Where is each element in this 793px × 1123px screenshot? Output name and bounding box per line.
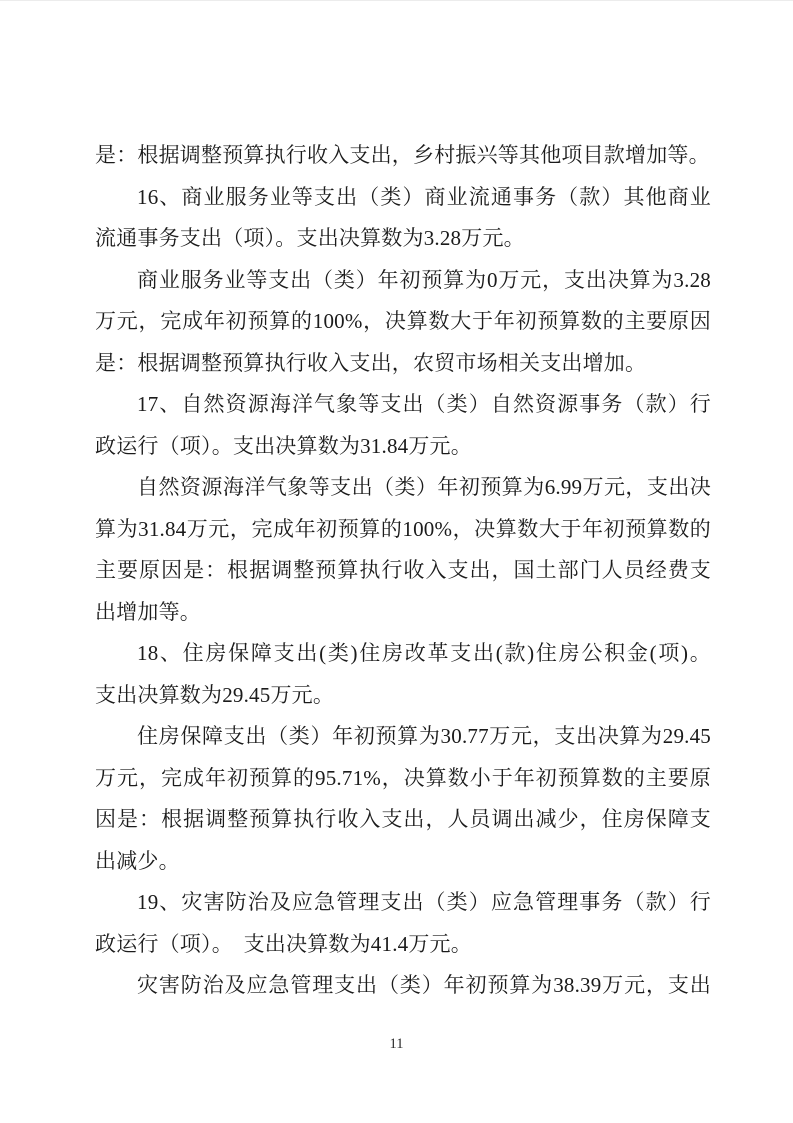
text-line: 商业服务业等支出（类）年初预算为0万元，支出决算为3.28 [95,260,711,302]
text-line: 19、灾害防治及应急管理支出（类）应急管理事务（款）行 [95,882,711,924]
text-line: 万元，完成年初预算的95.71%，决算数小于年初预算数的主要原 [95,758,711,800]
text-line: 出增加等。 [95,592,711,634]
paragraph-item-19-heading: 19、灾害防治及应急管理支出（类）应急管理事务（款）行政运行（项）。 支出决算数… [95,882,711,965]
paragraph-item-18-explanation: 住房保障支出（类）年初预算为30.77万元，支出决算为29.45万元，完成年初预… [95,716,711,882]
text-line: 是：根据调整预算执行收入支出，农贸市场相关支出增加。 [95,343,711,385]
text-line: 因是：根据调整预算执行收入支出，人员调出减少，住房保障支 [95,799,711,841]
text-line: 流通事务支出（项）。支出决算数为3.28万元。 [95,218,711,260]
paragraph-item-16-explanation: 商业服务业等支出（类）年初预算为0万元，支出决算为3.28万元，完成年初预算的1… [95,260,711,385]
paragraph-item-18-heading: 18、住房保障支出(类)住房改革支出(款)住房公积金(项)。支出决算数为29.4… [95,633,711,716]
paragraph-item-19-explanation: 灾害防治及应急管理支出（类）年初预算为38.39万元，支出 [95,965,711,1007]
paragraph-item-17-explanation: 自然资源海洋气象等支出（类）年初预算为6.99万元，支出决算为31.84万元，完… [95,467,711,633]
text-line: 支出决算数为29.45万元。 [95,675,711,717]
text-line: 17、自然资源海洋气象等支出（类）自然资源事务（款）行 [95,384,711,426]
text-line: 18、住房保障支出(类)住房改革支出(款)住房公积金(项)。 [95,633,711,675]
paragraph-item-17-heading: 17、自然资源海洋气象等支出（类）自然资源事务（款）行政运行（项）。支出决算数为… [95,384,711,467]
document-page: 是：根据调整预算执行收入支出，乡村振兴等其他项目款增加等。16、商业服务业等支出… [0,0,793,1123]
paragraph-continuation-paragraph: 是：根据调整预算执行收入支出，乡村振兴等其他项目款增加等。 [95,135,711,177]
text-line: 政运行（项）。 支出决算数为41.4万元。 [95,924,711,966]
text-line: 是：根据调整预算执行收入支出，乡村振兴等其他项目款增加等。 [95,135,711,177]
document-body: 是：根据调整预算执行收入支出，乡村振兴等其他项目款增加等。16、商业服务业等支出… [95,135,711,1007]
text-line: 万元，完成年初预算的100%，决算数大于年初预算数的主要原因 [95,301,711,343]
text-line: 主要原因是：根据调整预算执行收入支出，国土部门人员经费支 [95,550,711,592]
paragraph-item-16-heading: 16、商业服务业等支出（类）商业流通事务（款）其他商业流通事务支出（项）。支出决… [95,177,711,260]
text-line: 政运行（项）。支出决算数为31.84万元。 [95,426,711,468]
text-line: 住房保障支出（类）年初预算为30.77万元，支出决算为29.45 [95,716,711,758]
text-line: 算为31.84万元，完成年初预算的100%，决算数大于年初预算数的 [95,509,711,551]
text-line: 出减少。 [95,841,711,883]
text-line: 16、商业服务业等支出（类）商业流通事务（款）其他商业 [95,177,711,219]
text-line: 自然资源海洋气象等支出（类）年初预算为6.99万元，支出决 [95,467,711,509]
page-number: 11 [0,1036,793,1053]
text-line: 灾害防治及应急管理支出（类）年初预算为38.39万元，支出 [95,965,711,1007]
